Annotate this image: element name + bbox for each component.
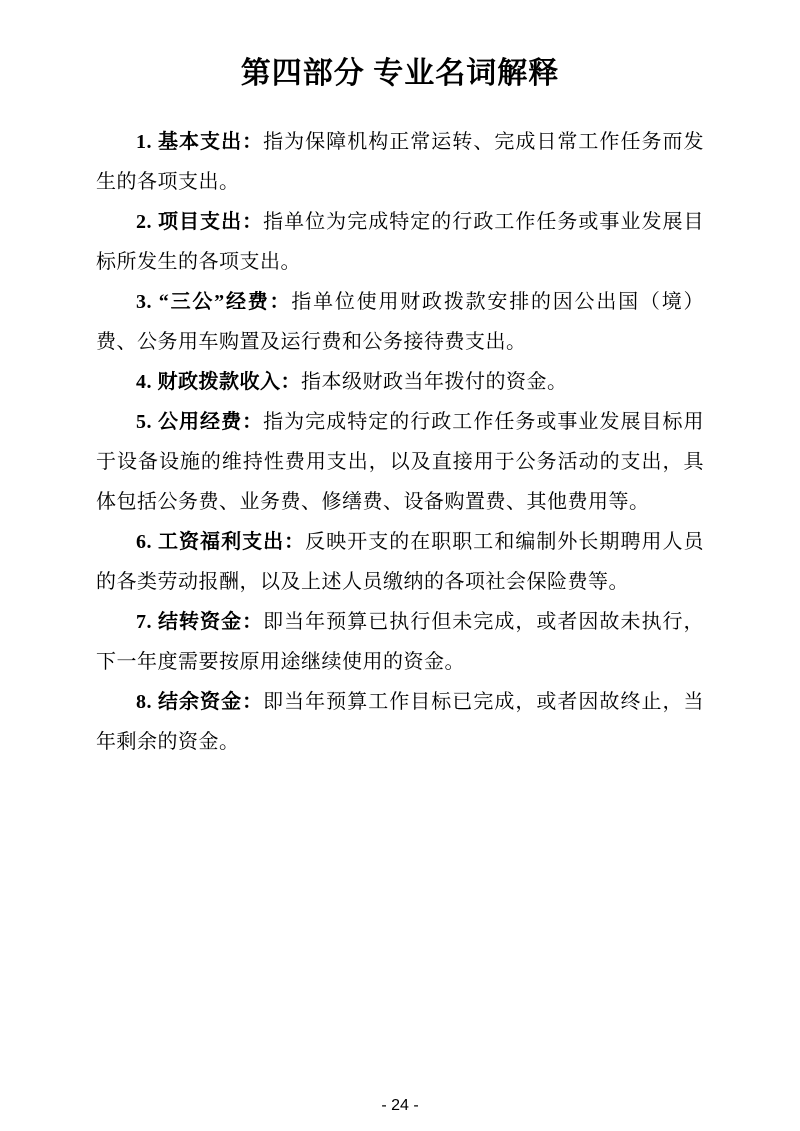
term-label: 6. 工资福利支出： [136, 531, 305, 553]
term-paragraph: 1. 基本支出：指为保障机构正常运转、完成日常工作任务而发生的各项支出。 [96, 122, 704, 202]
term-paragraph: 8. 结余资金：即当年预算工作目标已完成，或者因故终止，当年剩余的资金。 [96, 682, 704, 762]
term-label: 5. 公用经费： [136, 411, 263, 433]
term-label: 2. 项目支出： [136, 211, 263, 233]
term-label: 8. 结余资金： [136, 691, 263, 713]
term-paragraph: 5. 公用经费：指为完成特定的行政工作任务或事业发展目标用于设备设施的维持性费用… [96, 402, 704, 522]
term-label: 7. 结转资金： [136, 611, 263, 633]
page-title: 第四部分 专业名词解释 [96, 54, 704, 94]
term-label: 3. “三公”经费： [136, 291, 291, 313]
term-label: 1. 基本支出： [136, 131, 263, 153]
term-paragraph: 2. 项目支出：指单位为完成特定的行政工作任务或事业发展目标所发生的各项支出。 [96, 202, 704, 282]
term-paragraph: 7. 结转资金：即当年预算已执行但未完成，或者因故未执行，下一年度需要按原用途继… [96, 602, 704, 682]
page-number: - 24 - [0, 1097, 800, 1115]
terms-list: 1. 基本支出：指为保障机构正常运转、完成日常工作任务而发生的各项支出。 2. … [96, 122, 704, 762]
document-page: 第四部分 专业名词解释 1. 基本支出：指为保障机构正常运转、完成日常工作任务而… [0, 0, 800, 1131]
term-label: 4. 财政拨款收入： [136, 371, 301, 393]
term-definition: 指本级财政当年拨付的资金。 [301, 371, 568, 393]
term-paragraph: 6. 工资福利支出：反映开支的在职职工和编制外长期聘用人员的各类劳动报酬，以及上… [96, 522, 704, 602]
term-paragraph: 4. 财政拨款收入：指本级财政当年拨付的资金。 [96, 362, 704, 402]
term-paragraph: 3. “三公”经费：指单位使用财政拨款安排的因公出国（境）费、公务用车购置及运行… [96, 282, 704, 362]
